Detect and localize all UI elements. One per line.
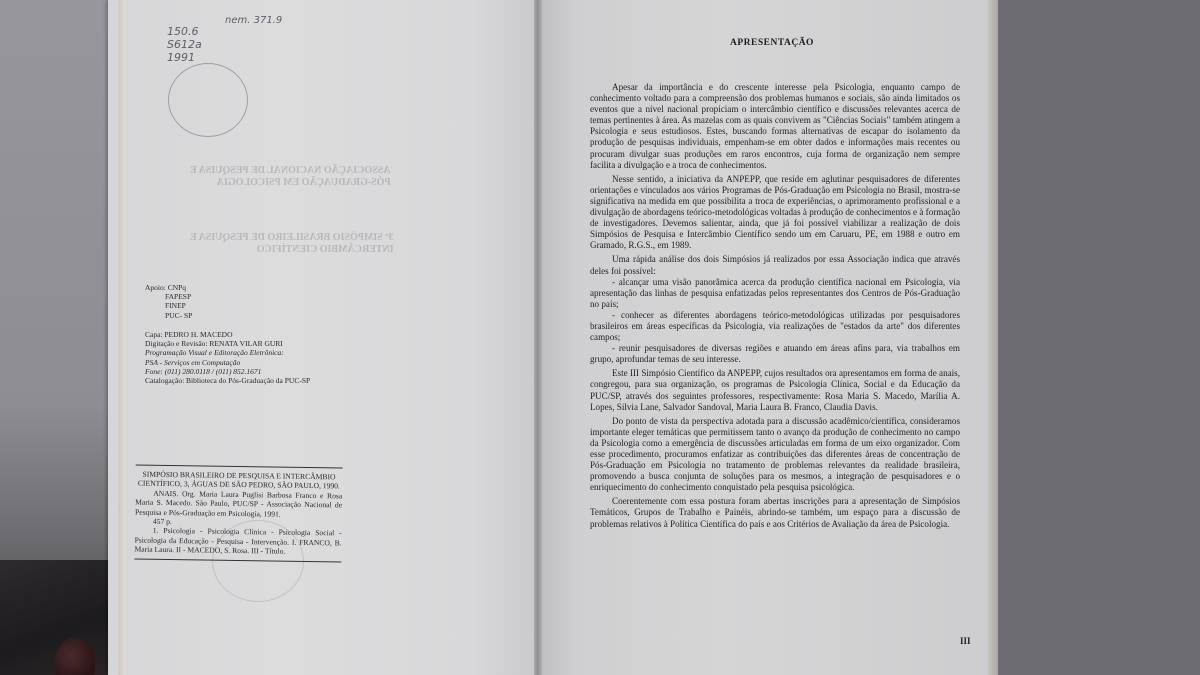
list-item: - alcançar uma visão panorâmica acerca d… — [590, 277, 960, 310]
page-number: III — [960, 636, 971, 646]
list-item: - conhecer as diferentes abordagens teór… — [590, 310, 960, 343]
paragraph: Do ponto de vista da perspectiva adotada… — [590, 416, 960, 494]
credit-line: Digitação e Revisão: RENATA VILAR GURI — [145, 339, 310, 348]
call-number-line: S612a — [167, 38, 202, 51]
ghost-line: PÓS-GRADUAÇÃO EM PSICOLOGIA — [190, 177, 391, 189]
credit-line: Programação Visual e Editoração Eletrôni… — [145, 348, 310, 357]
support-label: Apoio: CNPq — [145, 283, 192, 292]
paragraph: Nesse sentido, a iniciativa da ANPEPP, q… — [590, 174, 960, 252]
ghost-line: ASSOCIAÇÃO NACIONAL DE PESQUISA E — [190, 165, 391, 177]
catalog-entry: ANAIS. Org. Maria Laura Puglisi Barbosa … — [135, 488, 342, 519]
background-surface-right — [990, 0, 1200, 675]
paragraph: Apesar da importância e do crescente int… — [590, 82, 960, 171]
list-item: - reunir pesquisadores de diversas regiõ… — [590, 343, 960, 365]
paragraph: Uma rápida análise dos dois Simpósios já… — [590, 254, 960, 276]
sponsor: FAPESP — [145, 292, 192, 301]
sponsor: PUC- SP — [145, 311, 192, 320]
catalog-card: SIMPÓSIO BRASILEIRO DE PESQUISA E INTERC… — [134, 465, 342, 563]
ghost-line: 3º SIMPÓSIO BRASILEIRO DE PESQUISA E — [190, 232, 394, 244]
library-stamp — [168, 63, 248, 137]
catalog-subjects: 1. Psicologia - Psicologia Clínica - Psi… — [134, 526, 341, 557]
bleed-through-text: ASSOCIAÇÃO NACIONAL DE PESQUISA E PÓS-GR… — [190, 165, 391, 189]
paragraph: Este III Simpósio Científico da ANPEPP, … — [590, 368, 960, 412]
bleed-through-text: 3º SIMPÓSIO BRASILEIRO DE PESQUISA E INT… — [190, 232, 394, 256]
fingertip — [55, 638, 95, 675]
sponsor: FINEP — [145, 301, 192, 310]
credit-line: PSA - Serviços em Computação — [145, 358, 310, 367]
book-spine — [534, 0, 542, 675]
ghost-line: INTERCÂMBIO CIENTÍFICO — [190, 244, 394, 256]
right-page-edge — [988, 0, 998, 675]
page-title: APRESENTAÇÃO — [730, 38, 814, 48]
left-page-edge — [118, 0, 126, 675]
credit-line: Capa: PEDRO H. MACEDO — [145, 330, 310, 339]
handwritten-call-number: 150.6 S612a 1991 — [167, 25, 202, 64]
credit-line: Catalogação: Biblioteca do Pós-Graduação… — [145, 376, 310, 385]
body-text: Apesar da importância e do crescente int… — [590, 82, 960, 533]
credit-line: Fone: (011) 280.0118 / (011) 852.1671 — [145, 367, 310, 376]
paragraph: Coerentemente com essa postura foram abe… — [590, 496, 960, 529]
handwritten-inventory-number: nem. 371.9 — [225, 14, 282, 27]
call-number-line: 1991 — [167, 51, 202, 64]
support-block: Apoio: CNPq FAPESP FINEP PUC- SP — [145, 283, 192, 320]
call-number-line: 150.6 — [167, 25, 202, 38]
credits-block: Capa: PEDRO H. MACEDO Digitação e Revisã… — [145, 330, 310, 385]
